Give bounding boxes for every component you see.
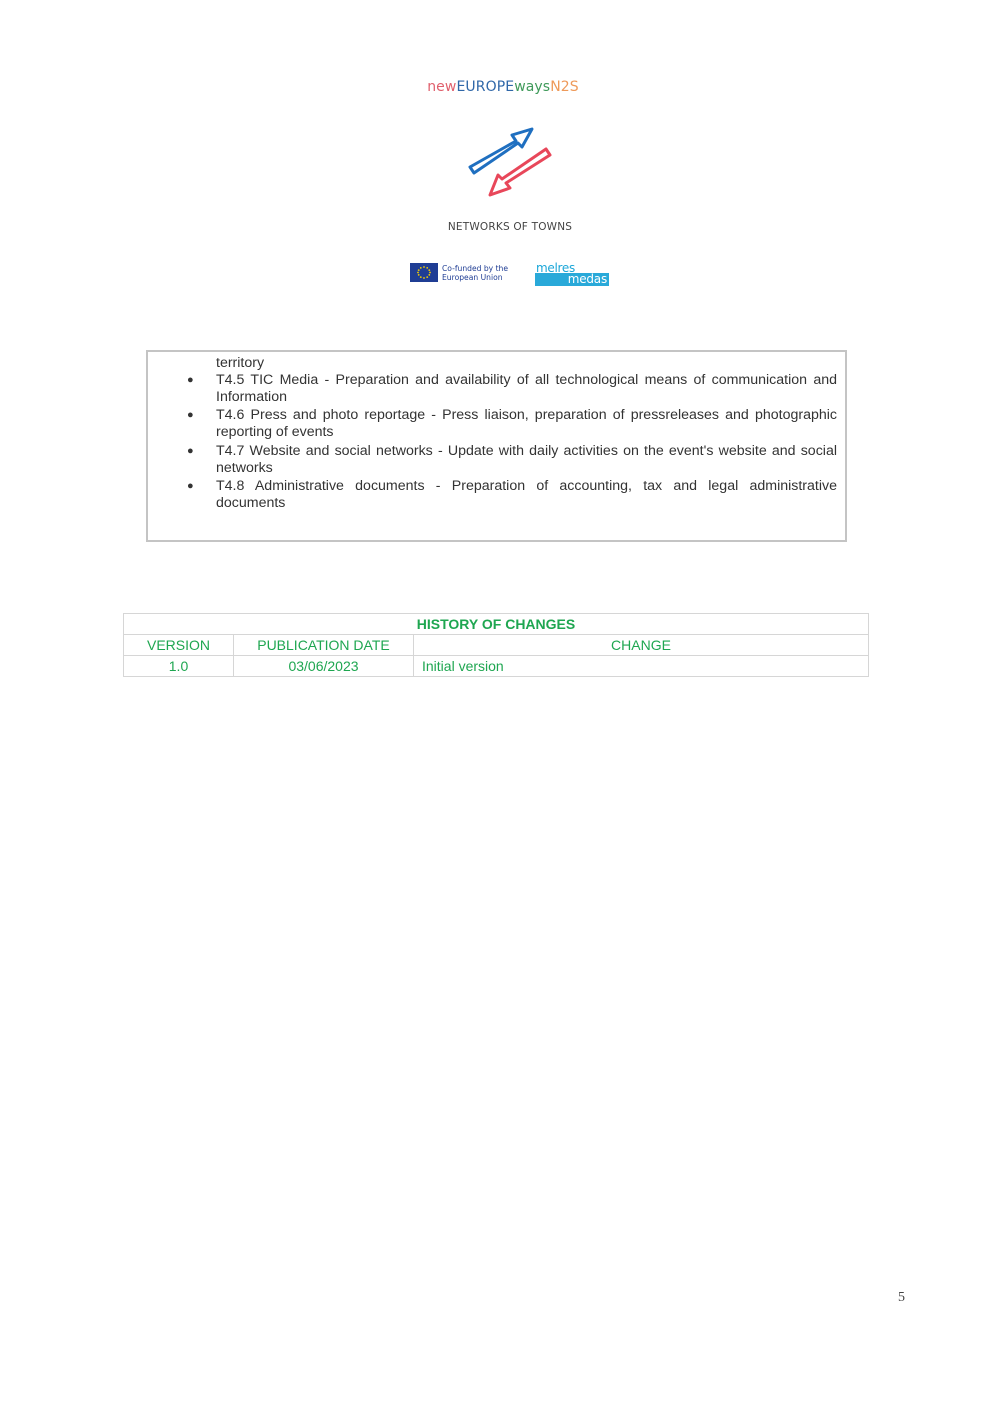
task-list-box: territory ●T4.5 TIC Media - Preparation … xyxy=(146,350,847,542)
task-item-text: T4.5 TIC Media - Preparation and availab… xyxy=(216,372,837,405)
cell-date: 03/06/2023 xyxy=(234,656,414,677)
task-item-text: T4.8 Administrative documents - Preparat… xyxy=(216,478,837,511)
partner-logo-line2: medas xyxy=(535,273,609,286)
brand-wordmark: newEUROPEwaysN2S xyxy=(0,79,992,95)
column-header-version: VERSION xyxy=(124,635,234,656)
bullet-icon: ● xyxy=(187,372,194,389)
bullet-icon: ● xyxy=(187,478,194,495)
table-title-row: HISTORY OF CHANGES xyxy=(124,614,869,635)
table-row: 1.0 03/06/2023 Initial version xyxy=(124,656,869,677)
continuation-text: territory xyxy=(216,355,837,372)
melres-medas-logo: melres medas xyxy=(535,262,609,286)
brand-part-ways: ways xyxy=(514,79,550,95)
task-list: ●T4.5 TIC Media - Preparation and availa… xyxy=(216,372,837,512)
eu-flag-icon xyxy=(410,263,438,282)
cell-version: 1.0 xyxy=(124,656,234,677)
eu-logo-line2: European Union xyxy=(442,273,508,282)
brand-part-n2s: N2S xyxy=(550,79,579,95)
eu-logo-line1: Co-funded by the xyxy=(442,264,508,273)
task-item: ●T4.7 Website and social networks - Upda… xyxy=(216,443,837,477)
bullet-icon: ● xyxy=(187,407,194,424)
column-header-change: CHANGE xyxy=(414,635,869,656)
table-title: HISTORY OF CHANGES xyxy=(124,614,869,635)
task-item-text: T4.7 Website and social networks - Updat… xyxy=(216,443,837,476)
task-item: ●T4.8 Administrative documents - Prepara… xyxy=(216,478,837,512)
history-of-changes-table: HISTORY OF CHANGES VERSION PUBLICATION D… xyxy=(123,613,869,677)
cell-change: Initial version xyxy=(414,656,869,677)
task-item: ●T4.6 Press and photo reportage - Press … xyxy=(216,407,837,441)
task-item-text: T4.6 Press and photo reportage - Press l… xyxy=(216,407,837,440)
page-number: 5 xyxy=(898,1290,905,1306)
bullet-icon: ● xyxy=(187,443,194,460)
eu-cofunded-logo: Co-funded by the European Union xyxy=(410,263,508,282)
brand-part-new: new xyxy=(427,79,456,95)
network-label: NETWORKS OF TOWNS xyxy=(0,221,992,233)
task-item: ●T4.5 TIC Media - Preparation and availa… xyxy=(216,372,837,406)
column-header-publication-date: PUBLICATION DATE xyxy=(234,635,414,656)
brand-part-europe: EUROPE xyxy=(456,79,514,95)
table-header-row: VERSION PUBLICATION DATE CHANGE xyxy=(124,635,869,656)
exchange-arrows-icon xyxy=(466,125,556,201)
